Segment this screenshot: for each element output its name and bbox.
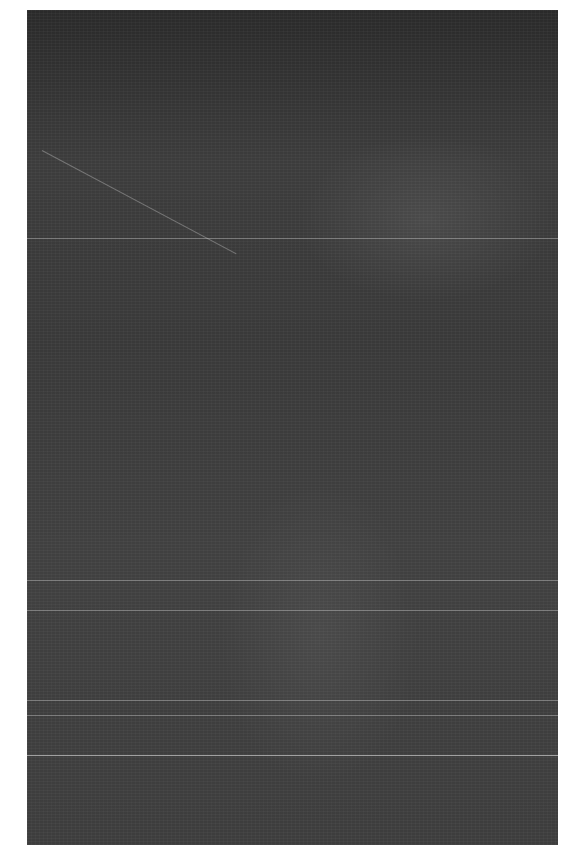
horizontal-scratch xyxy=(27,755,558,756)
horizontal-scratch xyxy=(27,610,558,611)
horizontal-scratch xyxy=(27,580,558,581)
dark-photographic-plate xyxy=(27,10,558,845)
horizontal-scratch xyxy=(27,238,558,239)
horizontal-scratch xyxy=(27,700,558,701)
horizontal-scratch xyxy=(27,715,558,716)
